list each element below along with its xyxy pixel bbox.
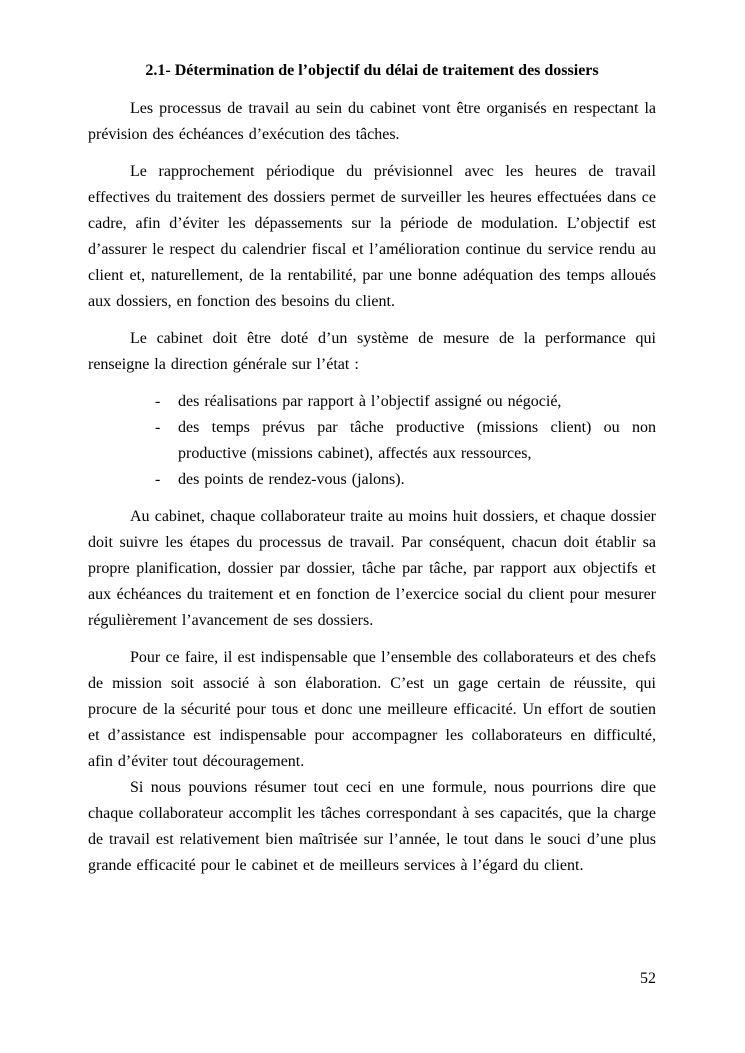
paragraph: Le rapprochement périodique du prévision… <box>88 159 656 315</box>
list-marker: - <box>155 467 160 493</box>
list-item: - des points de rendez-vous (jalons). <box>88 467 656 493</box>
bullet-list: - des réalisations par rapport à l’objec… <box>88 389 656 493</box>
list-item-text: des temps prévus par tâche productive (m… <box>178 419 656 462</box>
paragraph: Le cabinet doit être doté d’un système d… <box>88 326 656 378</box>
paragraph: Les processus de travail au sein du cabi… <box>88 96 656 148</box>
list-item: - des temps prévus par tâche productive … <box>88 415 656 467</box>
paragraph: Pour ce faire, il est indispensable que … <box>88 645 656 775</box>
section-heading: 2.1- Détermination de l’objectif du déla… <box>88 58 656 84</box>
paragraph: Si nous pouvions résumer tout ceci en un… <box>88 775 656 879</box>
page-number: 52 <box>640 971 656 987</box>
list-item: - des réalisations par rapport à l’objec… <box>88 389 656 415</box>
list-marker: - <box>155 415 160 441</box>
document-page: 2.1- Détermination de l’objectif du déla… <box>0 0 745 1053</box>
list-item-text: des réalisations par rapport à l’objecti… <box>178 393 561 410</box>
document-content: 2.1- Détermination de l’objectif du déla… <box>88 58 656 879</box>
list-item-text: des points de rendez-vous (jalons). <box>178 471 405 488</box>
list-marker: - <box>155 389 160 415</box>
paragraph: Au cabinet, chaque collaborateur traite … <box>88 504 656 634</box>
